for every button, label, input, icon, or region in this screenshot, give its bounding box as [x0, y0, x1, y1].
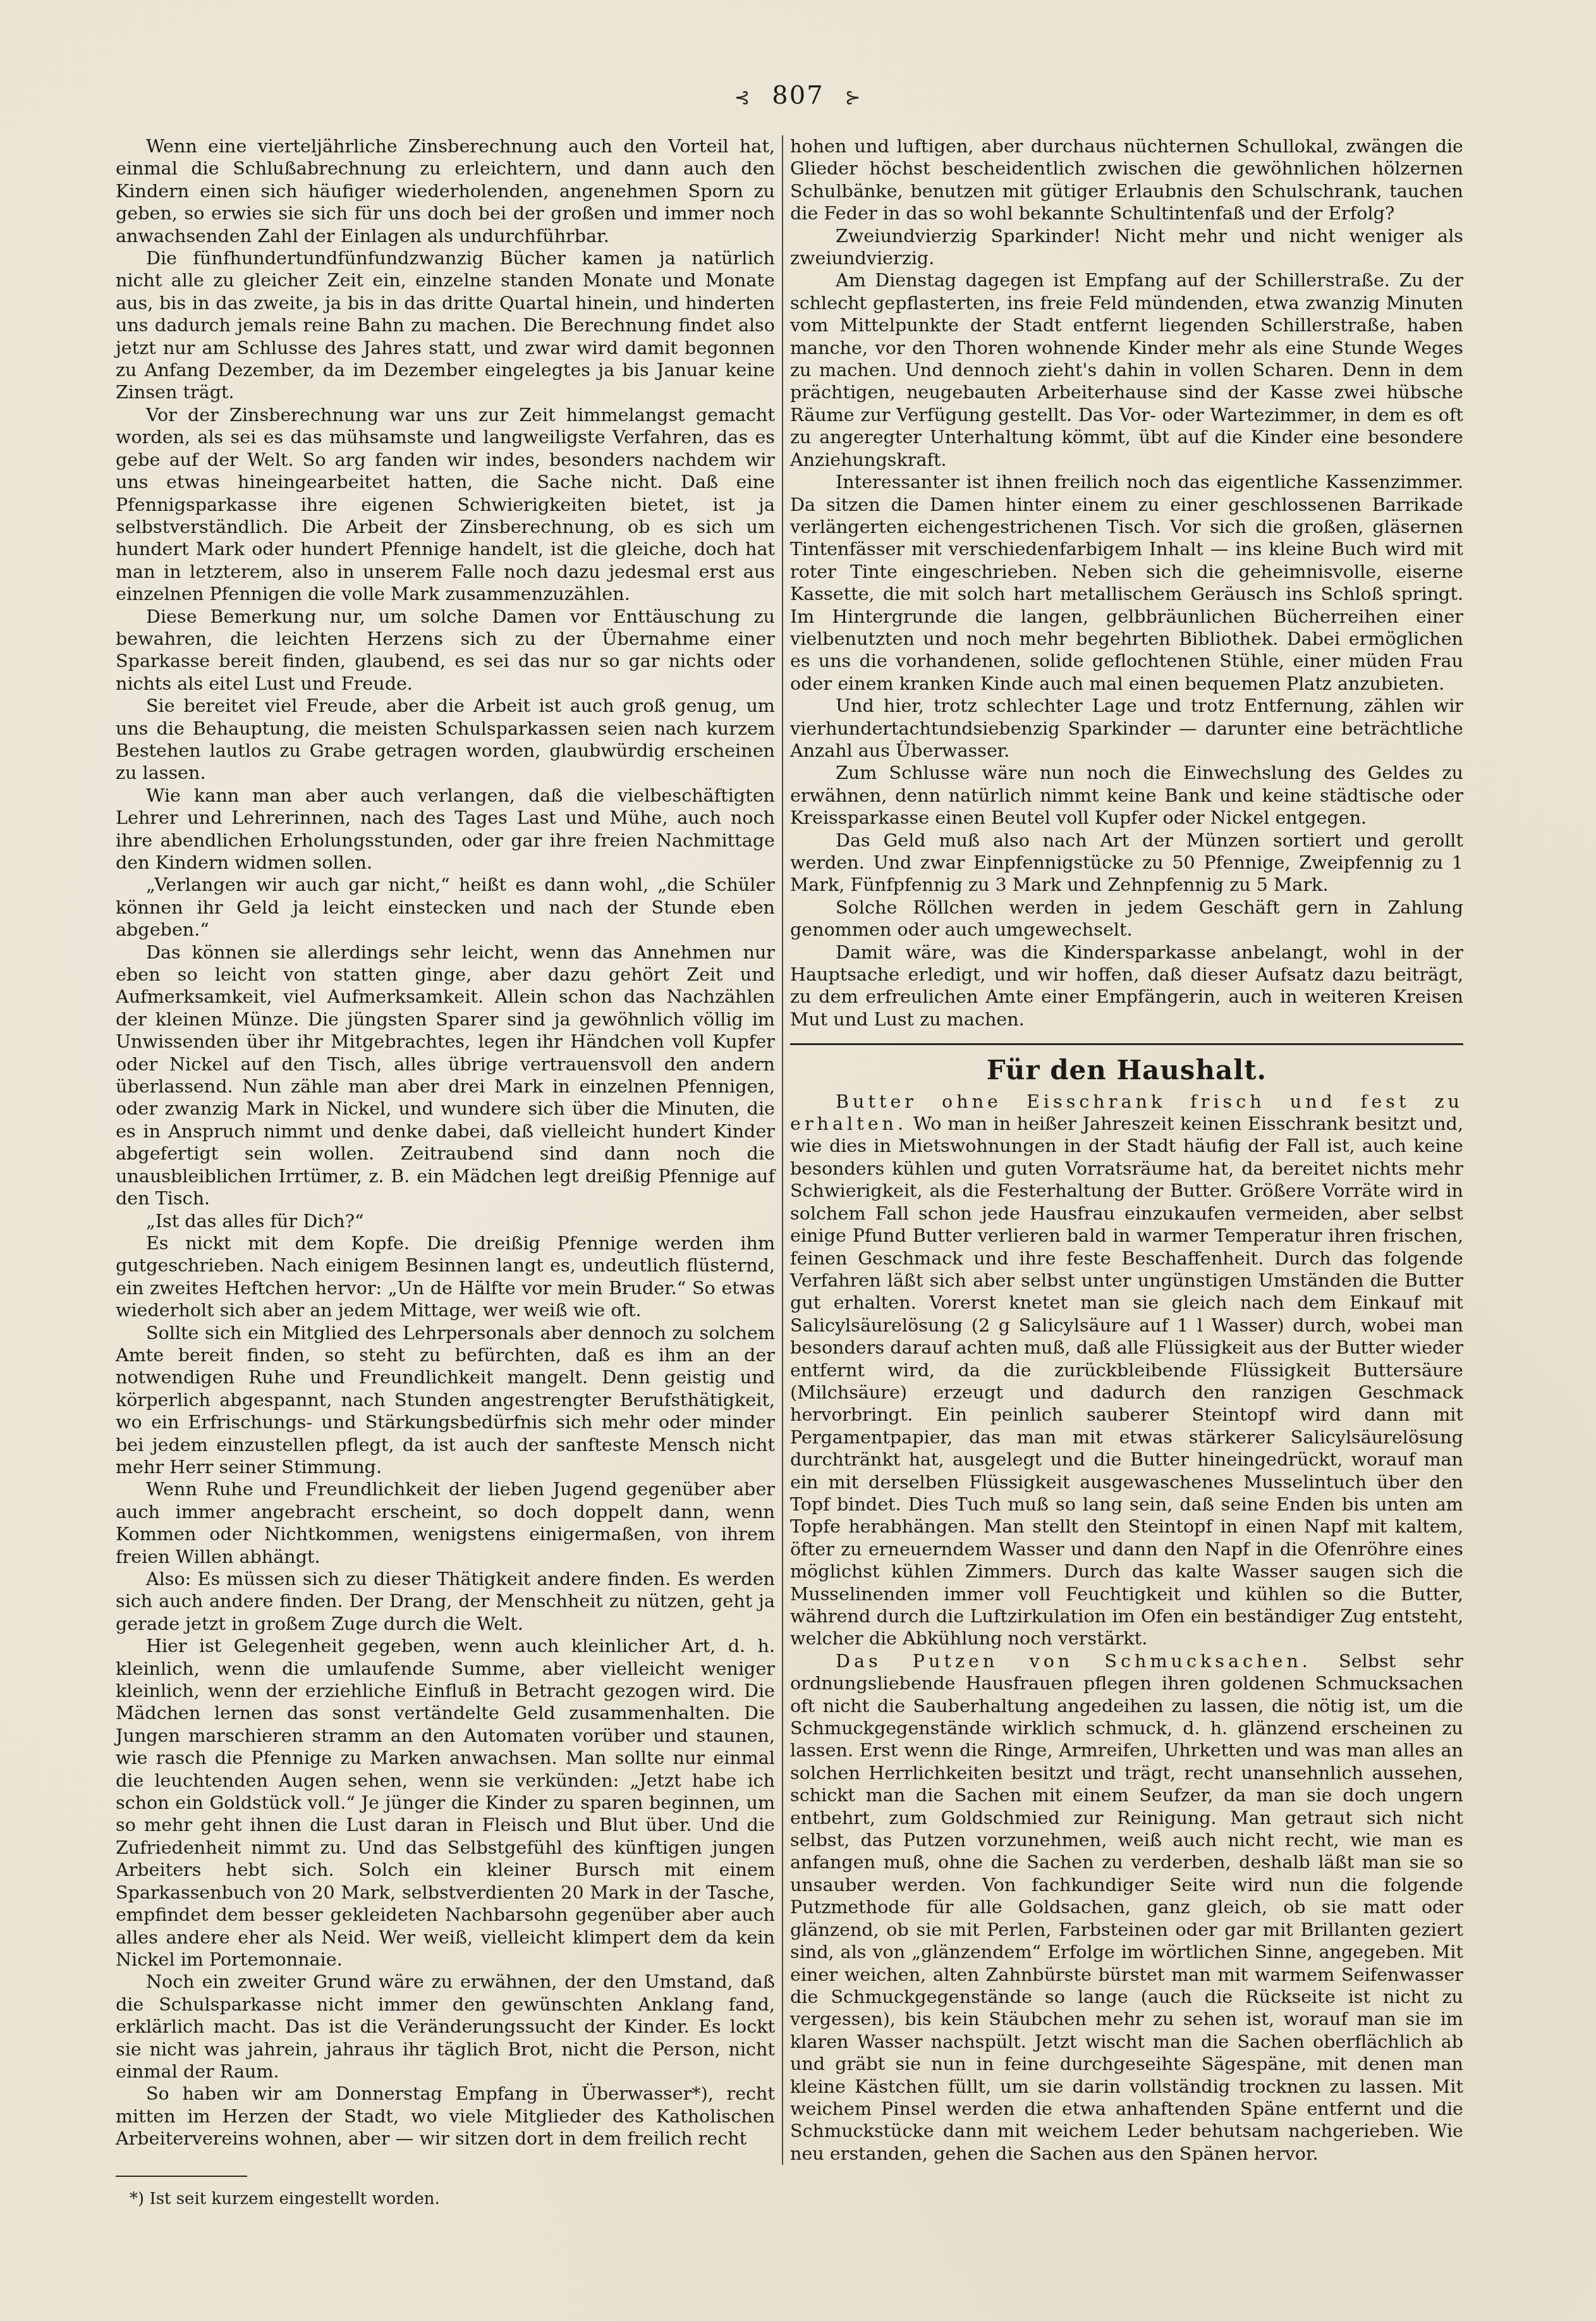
tip-heading: Das Putzen von Schmucksachen. — [836, 1650, 1312, 1672]
paragraph: Interessanter ist ihnen freilich noch da… — [790, 471, 1463, 695]
paragraph: Also: Es müssen sich zu dieser Thätigkei… — [116, 1568, 775, 1635]
ornament-left-icon: ⊰ — [734, 87, 751, 109]
paragraph: Hier ist Gelegenheit gegeben, wenn auch … — [116, 1635, 775, 1971]
paragraph: Wie kann man aber auch verlangen, daß di… — [116, 785, 775, 874]
paragraph: Sollte sich ein Mitglied des Lehrpersona… — [116, 1322, 775, 1479]
paragraph: Und hier, trotz schlechter Lage und trot… — [790, 695, 1463, 762]
paragraph: „Verlangen wir auch gar nicht,“ heißt es… — [116, 874, 775, 941]
paragraph: So haben wir am Donnerstag Empfang in Üb… — [116, 2083, 775, 2150]
paragraph: Wenn eine vierteljährliche Zinsberechnun… — [116, 135, 775, 247]
page-header: ⊰ 807 ⊱ — [0, 81, 1596, 110]
paragraph: Diese Bemerkung nur, um solche Damen vor… — [116, 606, 775, 695]
footnote-divider — [116, 2176, 247, 2177]
paragraph: Zum Schlusse wäre nun noch die Einwechsl… — [790, 762, 1463, 829]
newspaper-page: ⊰ 807 ⊱ Wenn eine vierteljährliche Zinsb… — [0, 0, 1596, 2321]
left-column: Wenn eine vierteljährliche Zinsberechnun… — [116, 135, 775, 2210]
household-tip: Butter ohne Eisschrank frisch und fest z… — [790, 1091, 1463, 1650]
section-title: Für den Haushalt. — [790, 1059, 1463, 1081]
paragraph: Wenn Ruhe und Freundlichkeit der lieben … — [116, 1478, 775, 1568]
household-tip: Das Putzen von Schmucksachen. Selbst seh… — [790, 1650, 1463, 2165]
paragraph: Das Geld muß also nach Art der Münzen so… — [790, 830, 1463, 897]
paragraph: Zweiundvierzig Sparkinder! Nicht mehr un… — [790, 225, 1463, 270]
paragraph: „Ist das alles für Dich?“ — [116, 1210, 775, 1232]
page-number: 807 — [772, 81, 824, 110]
paragraph: Die fünfhundertundfünfundzwanzig Bücher … — [116, 247, 775, 404]
section-divider — [790, 1043, 1463, 1045]
paragraph: hohen und luftigen, aber durchaus nüchte… — [790, 135, 1463, 225]
paragraph: Am Dienstag dagegen ist Empfang auf der … — [790, 269, 1463, 471]
ornament-right-icon: ⊱ — [844, 87, 862, 109]
paragraph: Damit wäre, was die Kindersparkasse anbe… — [790, 941, 1463, 1031]
paragraph: Sie bereitet viel Freude, aber die Arbei… — [116, 695, 775, 785]
paragraph: Das können sie allerdings sehr leicht, w… — [116, 941, 775, 1210]
paragraph: Noch ein zweiter Grund wäre zu erwähnen,… — [116, 1971, 775, 2083]
footnote: *) Ist seit kurzem eingestellt worden. — [116, 2188, 775, 2210]
right-column: hohen und luftigen, aber durchaus nüchte… — [790, 135, 1463, 2165]
tip-body: Wo man in heißer Jahreszeit keinen Eissc… — [790, 1113, 1463, 1649]
paragraph: Vor der Zinsberechnung war uns zur Zeit … — [116, 404, 775, 606]
tip-body: Selbst sehr ordnungsliebende Hausfrauen … — [790, 1650, 1463, 2164]
column-divider — [782, 135, 783, 2165]
paragraph: Solche Röllchen werden in jedem Geschäft… — [790, 897, 1463, 941]
paragraph: Es nickt mit dem Kopfe. Die dreißig Pfen… — [116, 1232, 775, 1322]
